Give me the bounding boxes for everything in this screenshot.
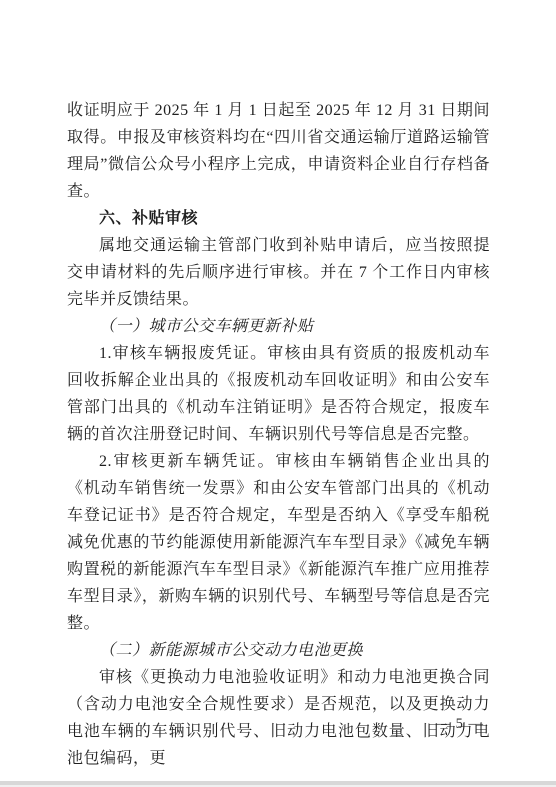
paragraph: 审核《更换动力电池验收证明》和动力电池更换合同（含动力电池安全合规性要求）是否规… xyxy=(67,664,490,772)
page-number: — 5 — xyxy=(436,714,485,734)
document-page: 收证明应于 2025 年 1 月 1 日起至 2025 年 12 月 31 日期… xyxy=(0,0,556,787)
document-body: 收证明应于 2025 年 1 月 1 日起至 2025 年 12 月 31 日期… xyxy=(67,97,490,772)
section-heading: 六、补贴审核 xyxy=(67,205,490,232)
paragraph: 2.审核更新车辆凭证。审核由车辆销售企业出具的《机动车销售统一发票》和由公安车管… xyxy=(67,448,490,637)
paragraph: 收证明应于 2025 年 1 月 1 日起至 2025 年 12 月 31 日期… xyxy=(67,97,490,205)
paragraph: 属地交通运输主管部门收到补贴申请后，应当按照提交申请材料的先后顺序进行审核。并在… xyxy=(67,232,490,313)
paragraph: 1.审核车辆报废凭证。审核由具有资质的报废机动车回收拆解企业出具的《报废机动车回… xyxy=(67,340,490,448)
section-heading: （二）新能源城市公交动力电池更换 xyxy=(67,637,490,664)
section-heading: （一）城市公交车辆更新补贴 xyxy=(67,313,490,340)
